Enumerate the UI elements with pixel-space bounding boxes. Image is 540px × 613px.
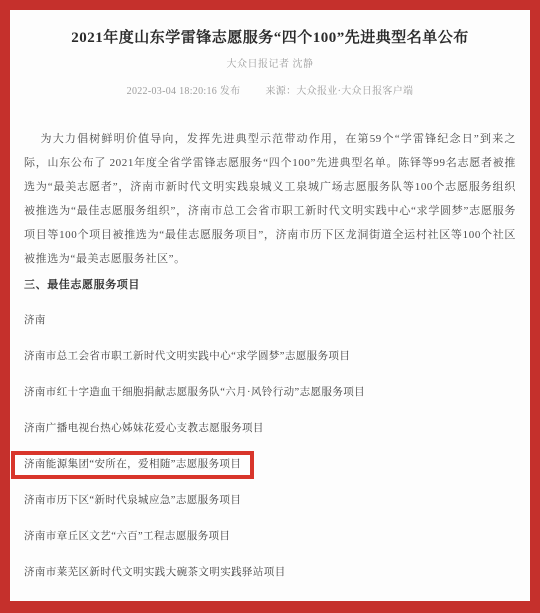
article-byline: 大众日报记者 沈静: [24, 58, 516, 72]
project-name: 济南市历下区“新时代泉城应急”志愿服务项目: [24, 495, 241, 506]
project-item: 济南市总工会省市职工新时代文明实践中心“求学圆梦”志愿服务项目: [24, 345, 516, 369]
source-label: 来源：大众报业·大众日报客户端: [265, 86, 413, 97]
intro-paragraph: 为大力倡树鲜明价值导向，发挥先进典型示范带动作用，在第59个“学雷锋纪念日”到来…: [24, 127, 516, 271]
article-dateline: 2022-03-04 18:20:16 发布来源：大众报业·大众日报客户端: [24, 85, 516, 99]
project-item: 济南广播电视台热心姊妹花爱心支教志愿服务项目: [24, 417, 516, 441]
project-name: 济南市莱芜区新时代文明实践大碗茶文明实践驿站项目: [24, 567, 286, 578]
region-heading-jinan: 济南: [24, 309, 516, 333]
publish-time: 2022-03-04 18:20:16 发布: [127, 86, 241, 97]
highlight-annotation-box: 济南能源集团“安所在，爱相随”志愿服务项目: [11, 451, 254, 479]
project-name: 济南市总工会省市职工新时代文明实践中心“求学圆梦”志愿服务项目: [24, 351, 350, 362]
article-content: 2021年度山东学雷锋志愿服务“四个100”先进典型名单公布 大众日报记者 沈静…: [10, 28, 530, 585]
project-item: 济南市莱芜区新时代文明实践大碗茶文明实践驿站项目: [24, 561, 516, 585]
project-name: 济南市红十字造血干细胞捐献志愿服务队“六月·风铃行动”志愿服务项目: [24, 387, 365, 398]
project-name: 济南市章丘区文艺“六百”工程志愿服务项目: [24, 531, 230, 542]
section-heading-best-projects: 三、最佳志愿服务项目: [24, 273, 516, 297]
project-name: 济南能源集团“安所在，爱相随”志愿服务项目: [24, 459, 241, 470]
project-item-highlighted: 济南能源集团“安所在，爱相随”志愿服务项目: [24, 453, 516, 477]
article-title: 2021年度山东学雷锋志愿服务“四个100”先进典型名单公布: [28, 28, 512, 48]
project-item: 济南市红十字造血干细胞捐献志愿服务队“六月·风铃行动”志愿服务项目: [24, 381, 516, 405]
project-item: 济南市章丘区文艺“六百”工程志愿服务项目: [24, 525, 516, 549]
project-item: 济南市历下区“新时代泉城应急”志愿服务项目: [24, 489, 516, 513]
article-page: 2021年度山东学雷锋志愿服务“四个100”先进典型名单公布 大众日报记者 沈静…: [0, 0, 540, 613]
project-name: 济南广播电视台热心姊妹花爱心支教志愿服务项目: [24, 423, 264, 434]
